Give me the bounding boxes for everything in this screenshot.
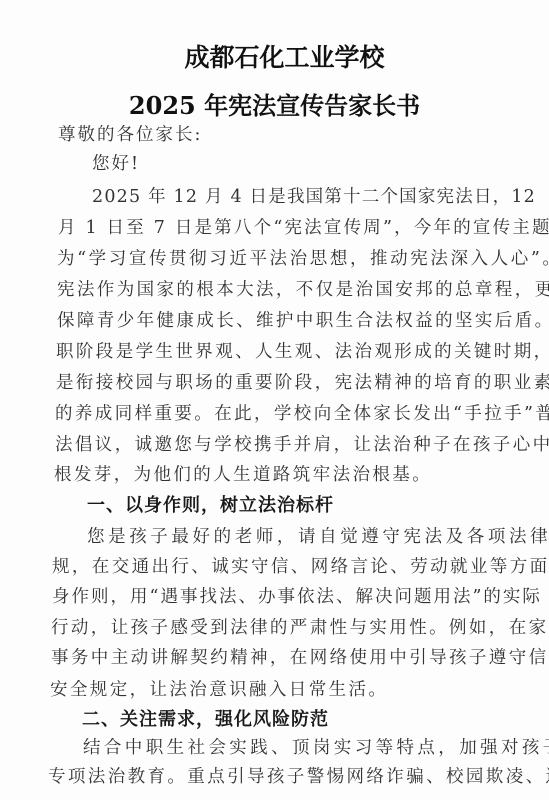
paragraph-line: 身作则，用“遇事找法、办事依法、解决问题用法”的实际 — [52, 587, 542, 607]
paragraph-line: 行动，让孩子感受到法律的严肃性与实用性。例如，在家庭 — [51, 618, 549, 638]
paragraph-line: 保障青少年健康成长、维护中职生合法权益的坚实后盾。中 — [57, 311, 549, 331]
paragraph-line: 专项法治教育。重点引导孩子警惕网络诈骗、校园欺凌、违 — [48, 767, 549, 787]
section-1-heading: 一、以身作则，树立法治标杆 — [87, 496, 334, 516]
paragraph-line: 职阶段是学生世界观、人生观、法治观形成的关键时期，也 — [56, 342, 549, 362]
paragraph-line: 事务中主动讲解契约精神，在网络使用中引导孩子遵守信息 — [51, 648, 549, 668]
paragraph-line: 法倡议，诚邀您与学校携手并肩，让法治种子在孩子心中生 — [55, 435, 549, 455]
paragraph-line: 的养成同样重要。在此，学校向全体家长发出“手拉手”普 — [55, 404, 549, 424]
greeting: 您好! — [92, 154, 140, 174]
paragraph-line: 2025 年 12 月 4 日是我国第十二个国家宪法日，12 — [92, 187, 536, 207]
paragraph-line: 规，在交通出行、诚实守信、网络言论、劳动就业等方面以 — [52, 557, 549, 577]
paragraph-line: 结合中职生社会实践、顶岗实习等特点，加强对孩子的 — [83, 738, 549, 758]
paragraph-line: 安全规定，让法治意识融入日常生活。 — [50, 680, 388, 700]
paragraph-line: 月 1 日至 7 日是第八个“宪法宣传周”，今年的宣传主题 — [58, 218, 549, 238]
salutation: 尊敬的各位家长: — [58, 125, 202, 145]
paragraph-line: 为“学习宣传贯彻习近平法治思想，推动宪法深入人心”。 — [57, 249, 549, 269]
paragraph-line: 宪法作为国家的根本大法，不仅是治国安邦的总章程，更是 — [57, 280, 549, 300]
school-name-title: 成都石化工业学校 — [0, 38, 549, 74]
paragraph-line: 是衔接校园与职场的重要阶段，宪法精神的培育的职业素养 — [56, 373, 549, 393]
paragraph-line: 根发芽，为他们的人生道路筑牢法治根基。 — [54, 465, 432, 485]
paragraph-line: 您是孩子最好的老师，请自觉遵守宪法及各项法律法 — [87, 527, 549, 547]
letter-title: 2025 年宪法宣传告家长书 — [0, 86, 549, 121]
letter-page: 成都石化工业学校 2025 年宪法宣传告家长书 尊敬的各位家长: 您好! 202… — [0, 0, 549, 800]
section-2-heading: 二、关注需求，强化风险防范 — [82, 710, 329, 730]
